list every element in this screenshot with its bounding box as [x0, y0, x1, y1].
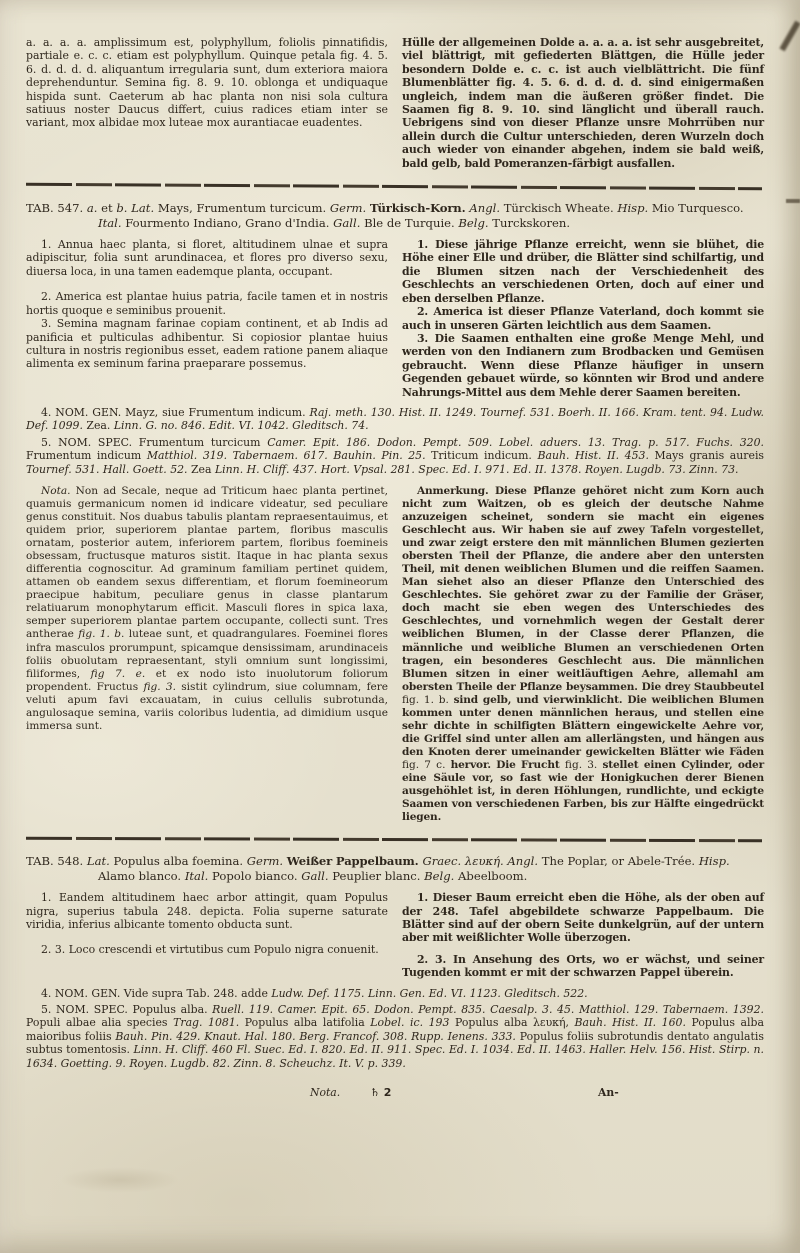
scan-artifact-edge — [786, 199, 800, 203]
latin-paragraph-3: 3. Semina magnam farinae copiam continen… — [26, 317, 388, 371]
tab-547-nota-columns: Nota. Non ad Secale, neque ad Triticum h… — [26, 485, 764, 824]
german-paragraph-2-3: 2. 3. In Ansehung des Orts, wo er wächst… — [402, 953, 764, 980]
book-page-scan: a. a. a. a. amplissimum est, polyphyllum… — [0, 0, 800, 1253]
tab-547-section: TAB. 547. a. et b. Lat. Mays, Frumentum … — [26, 201, 764, 824]
tab-547-columns: 1. Annua haec planta, si floret, altitud… — [26, 238, 764, 399]
intro-section: a. a. a. a. amplissimum est, polyphyllum… — [26, 36, 764, 170]
tab-548-nom-spec: 5. NOM. SPEC. Populus alba. Ruell. 119. … — [26, 1003, 764, 1070]
section-divider-2 — [26, 837, 762, 843]
tab-548-columns: 1. Eandem altitudinem haec arbor attingi… — [26, 891, 764, 979]
tab-547-anmerkung-german: Anmerkung. Diese Pflanze gehöret nicht z… — [402, 485, 764, 824]
catchword: An- — [598, 1086, 619, 1099]
tab-548-section: TAB. 548. Lat. Populus alba foemina. Ger… — [26, 854, 764, 1070]
latin-paragraph-2-3: 2. 3. Loco crescendi et virtutibus cum P… — [26, 943, 388, 956]
german-paragraph-1: 1. Dieser Baum erreicht eben die Höhe, a… — [402, 891, 764, 945]
tab-548-latin-column: 1. Eandem altitudinem haec arbor attingi… — [26, 891, 388, 979]
intro-german-text: Hülle der allgemeinen Dolde a. a. a. a. … — [402, 36, 764, 170]
gathering-signature: ♄ 2 — [370, 1086, 391, 1099]
tab-547-heading: TAB. 547. a. et b. Lat. Mays, Frumentum … — [26, 201, 764, 231]
intro-latin-text: a. a. a. a. amplissimum est, polyphyllum… — [26, 36, 388, 170]
scan-artifact-corner — [779, 21, 800, 52]
latin-paragraph-1: 1. Eandem altitudinem haec arbor attingi… — [26, 891, 388, 931]
tab-547-nom-spec: 5. NOM. SPEC. Frumentum turcicum Camer. … — [26, 436, 764, 476]
tab-547-german-column: 1. Diese jährige Pflanze erreicht, wenn … — [402, 238, 764, 399]
german-paragraph-3: 3. Die Saamen enthalten eine große Menge… — [402, 332, 764, 399]
page-footer: Nota. ♄ 2 An- — [26, 1086, 764, 1104]
german-paragraph-1: 1. Diese jährige Pflanze erreicht, wenn … — [402, 238, 764, 305]
section-divider-1 — [26, 183, 762, 190]
german-paragraph-2: 2. America ist dieser Pflanze Vaterland,… — [402, 305, 764, 332]
tab-548-heading: TAB. 548. Lat. Populus alba foemina. Ger… — [26, 854, 764, 884]
scan-artifact-smudge — [60, 1167, 180, 1193]
latin-paragraph-1: 1. Annua haec planta, si floret, altitud… — [26, 238, 388, 278]
latin-paragraph-2: 2. America est plantae huius patria, fac… — [26, 290, 388, 317]
tab-547-latin-column: 1. Annua haec planta, si floret, altitud… — [26, 238, 388, 399]
footer-nota-label: Nota. — [310, 1086, 340, 1099]
tab-548-german-column: 1. Dieser Baum erreicht eben die Höhe, a… — [402, 891, 764, 979]
tab-547-nom-gen: 4. NOM. GEN. Mayz, siue Frumentum indicu… — [26, 406, 764, 433]
tab-547-nota-latin: Nota. Non ad Secale, neque ad Triticum h… — [26, 485, 388, 824]
tab-548-nom-gen: 4. NOM. GEN. Vide supra Tab. 248. adde L… — [26, 987, 764, 1000]
text-block: a. a. a. a. amplissimum est, polyphyllum… — [26, 36, 764, 1070]
